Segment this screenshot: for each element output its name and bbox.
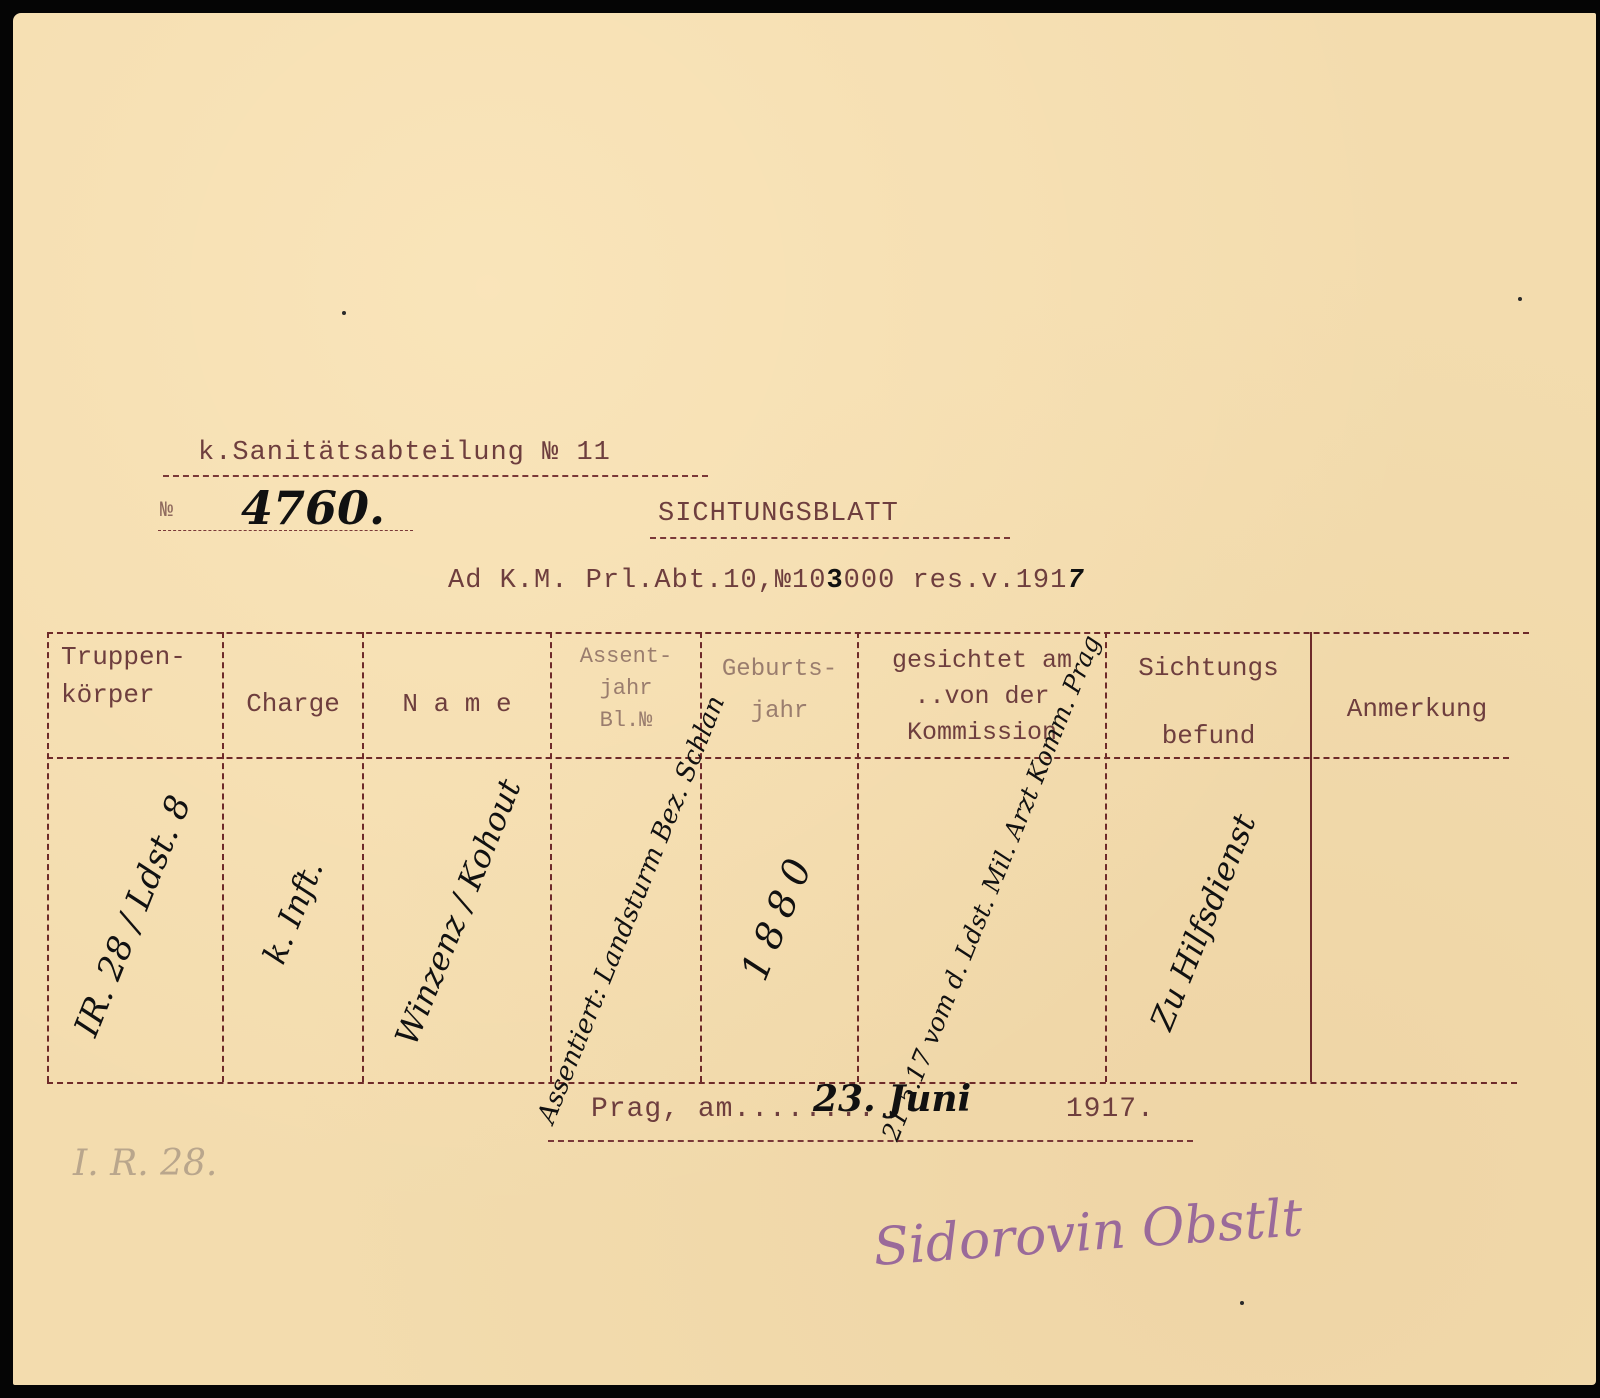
paper-speck bbox=[1518, 297, 1522, 301]
unit-underline bbox=[163, 475, 708, 477]
subtitle-corrected-year: 7 bbox=[1067, 566, 1084, 596]
cell-geburtsjahr: 1880 bbox=[716, 805, 839, 1025]
subtitle-corrected-digit: 3 bbox=[826, 566, 843, 596]
cell-assentjahr: Assentiert: Landsturm Bez. Schlan bbox=[532, 708, 725, 1127]
cell-anmerkung bbox=[1376, 800, 1451, 985]
subtitle-typed-b: 000 res.v.191 bbox=[844, 566, 1068, 596]
place-label: Prag, am bbox=[591, 1094, 733, 1125]
cell-charge: k. Inft. bbox=[229, 789, 358, 1035]
header-befund: Sichtungs befund bbox=[1107, 651, 1310, 753]
table-col-rule bbox=[47, 632, 49, 1082]
table-top-rule bbox=[47, 632, 1529, 634]
header-name: N a m e bbox=[364, 685, 550, 723]
document-subtitle: Ad K.M. Prl.Abt.10,№103000 res.v.1917 bbox=[448, 566, 1085, 596]
header-truppenkoerper: Truppen- körper bbox=[53, 638, 226, 714]
document-title: SICHTUNGSBLATT bbox=[658, 499, 899, 529]
date-year: 1917. bbox=[1066, 1094, 1155, 1125]
title-underline bbox=[650, 537, 1010, 539]
header-geburtsjahr: Geburts- jahr bbox=[702, 649, 857, 733]
table-bottom-rule bbox=[47, 1082, 1517, 1084]
reference-underline bbox=[158, 530, 413, 531]
pencil-note: I. R. 28. bbox=[73, 1143, 217, 1184]
paper-speck bbox=[342, 311, 346, 315]
document-page: k.Sanitätsabteilung № 11 № 4760. SICHTUN… bbox=[13, 13, 1596, 1385]
unit-number: 11 bbox=[576, 438, 610, 468]
date-handwritten: 23. Juni bbox=[813, 1078, 971, 1120]
unit-number-label: № bbox=[542, 438, 559, 468]
header-charge: Charge bbox=[224, 685, 362, 723]
cell-truppenkoerper: IR. 28 / Ldst. 8 bbox=[52, 759, 215, 1073]
unit-line: k.Sanitätsabteilung № 11 bbox=[198, 438, 611, 468]
signature: Sidorovin Obstlt bbox=[871, 1188, 1304, 1278]
paper-speck bbox=[1240, 1301, 1244, 1305]
cell-name: Winzenz / Kohout bbox=[382, 761, 533, 1063]
date-underline bbox=[548, 1140, 1193, 1142]
reference-label: № bbox=[160, 498, 174, 523]
cell-befund: Zu Hilfsdienst bbox=[1114, 739, 1292, 1106]
subtitle-typed-a: Ad K.M. Prl.Abt.10,№10 bbox=[448, 566, 826, 596]
header-assentjahr: Assent- jahr Bl.№ bbox=[552, 641, 700, 737]
unit-name: k.Sanitätsabteilung bbox=[198, 438, 525, 468]
reference-number: 4760. bbox=[241, 481, 385, 535]
header-anmerkung: Anmerkung bbox=[1312, 690, 1522, 728]
